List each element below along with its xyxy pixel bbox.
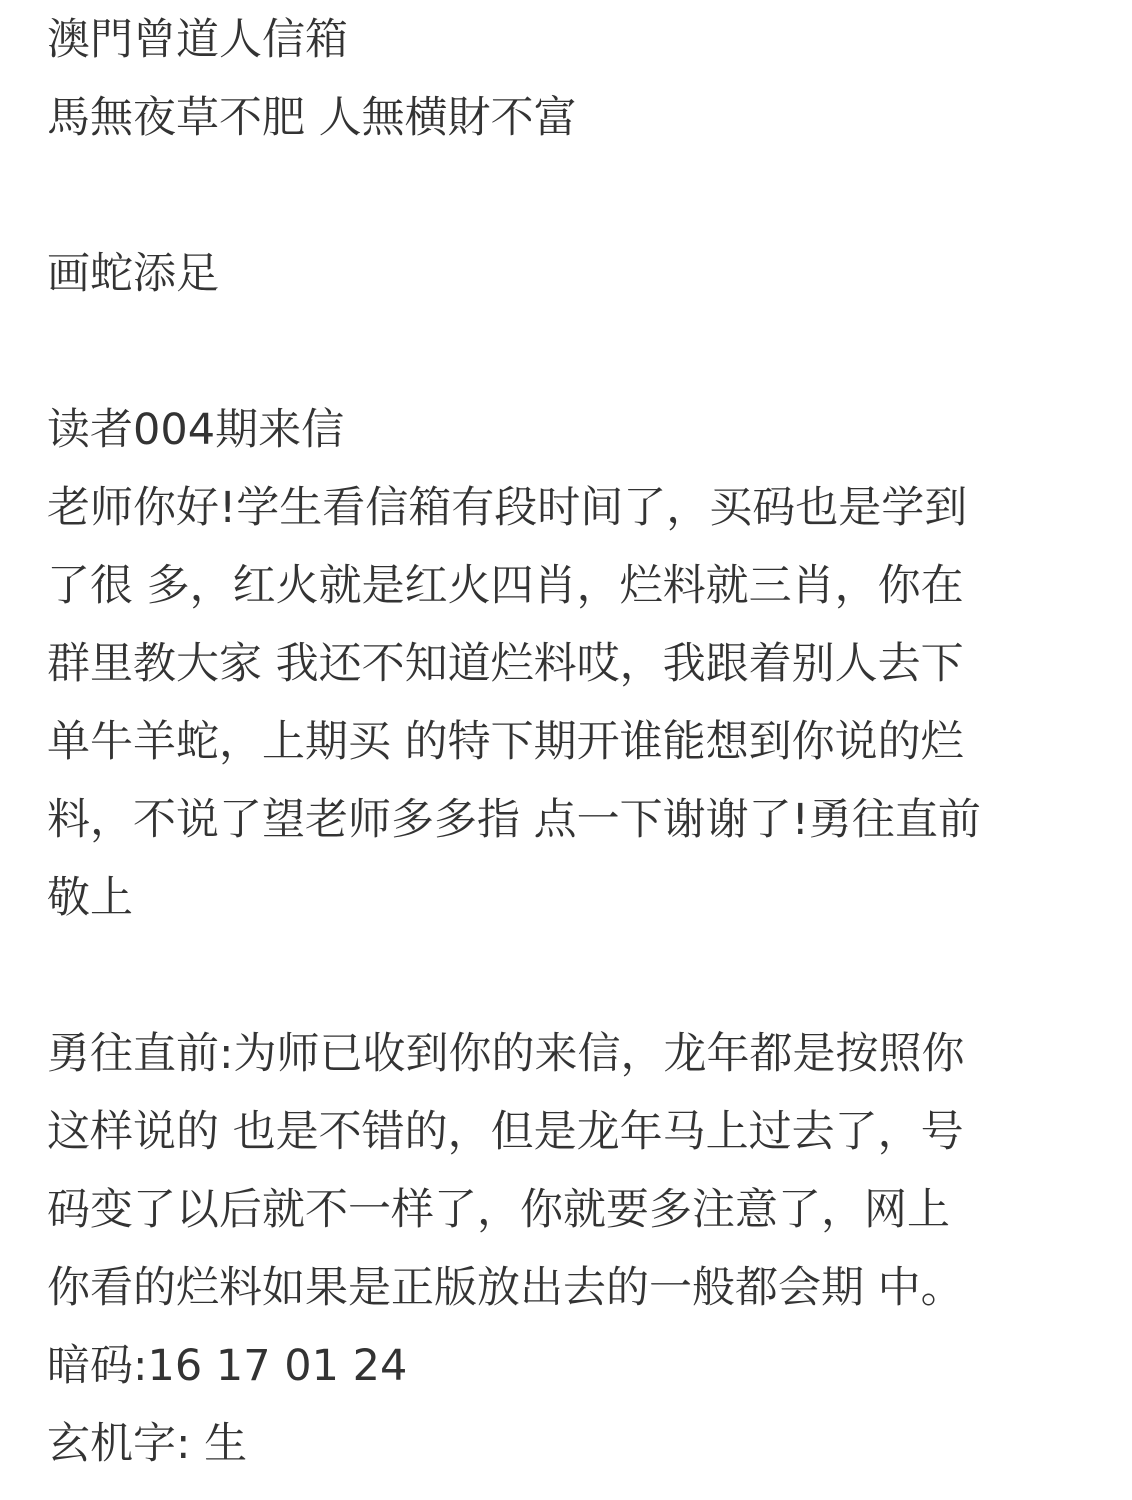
letter-signoff: 敬上 [47,859,133,937]
letter-line: 料，不说了望老师多多指 点一下谢谢了!勇往直前 [47,781,981,859]
letter-line: 群里教大家 我还不知道烂料哎，我跟着别人去下 [47,625,964,703]
mystery-char-value: 生 [204,1419,247,1469]
document-subtitle: 馬無夜草不肥 人無横財不富 [47,79,577,157]
letter-heading: 读者004期来信 [47,391,344,469]
secret-code-value: 16 17 01 24 [148,1341,408,1391]
letter-line: 老师你好!学生看信箱有段时间了，买码也是学到 [47,469,967,547]
reply-line: 你看的烂料如果是正版放出去的一般都会期 中。 [47,1249,964,1327]
mystery-char-row: 玄机字: 生 [47,1405,247,1483]
reply-line: 码变了以后就不一样了，你就要多注意了，网上 [47,1171,950,1249]
letter-line: 单牛羊蛇，上期买 的特下期开谁能想到你说的烂 [47,703,964,781]
idiom-text: 画蛇添足 [47,235,219,313]
letter-line: 了很 多，红火就是红火四肖，烂料就三肖，你在 [47,547,964,625]
reply-line: 勇往直前:为师已收到你的来信，龙年都是按照你 [47,1015,965,1093]
secret-code-label: 暗码: [47,1341,148,1391]
secret-code-row: 暗码:16 17 01 24 [47,1327,407,1405]
document-title: 澳門曾道人信箱 [47,1,348,79]
mystery-char-label: 玄机字: [47,1419,204,1469]
reply-line: 这样说的 也是不错的，但是龙年马上过去了，号 [47,1093,964,1171]
